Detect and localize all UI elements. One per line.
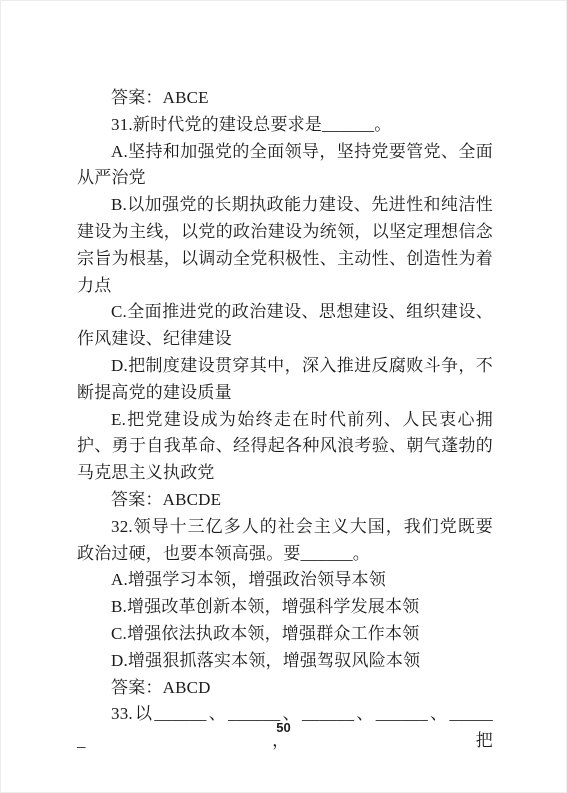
document-page: 答案：ABCE 31.新时代党的建设总要求是______。 A.坚持和加强党的全… bbox=[0, 0, 567, 793]
q32-option-b: B.增强改革创新本领，增强科学发展本领 bbox=[77, 594, 493, 621]
q32-stem: 32.领导十三亿多人的社会主义大国，我们党既要政治过硬，也要本领高强。要____… bbox=[77, 514, 493, 568]
q32-option-a: A.增强学习本领，增强政治领导本领 bbox=[77, 567, 493, 594]
q32-option-d: D.增强狠抓落实本领，增强驾驭风险本领 bbox=[77, 648, 493, 675]
q31-option-d: D.把制度建设贯穿其中，深入推进反腐败斗争，不断提高党的建设质量 bbox=[77, 353, 493, 407]
page-number: 50 bbox=[1, 720, 566, 735]
q30-answer-line: 答案：ABCE bbox=[77, 85, 493, 112]
q31-option-c: C.全面推进党的政治建设、思想建设、组织建设、作风建设、纪律建设 bbox=[77, 299, 493, 353]
document-body: 答案：ABCE 31.新时代党的建设总要求是______。 A.坚持和加强党的全… bbox=[77, 85, 493, 755]
q31-option-e: E.把党建设成为始终走在时代前列、人民衷心拥护、勇于自我革命、经得起各种风浪考验… bbox=[77, 407, 493, 487]
q32-answer-line: 答案：ABCD bbox=[77, 675, 493, 702]
q31-answer-line: 答案：ABCDE bbox=[77, 487, 493, 514]
q32-option-c: C.增强依法执政本领，增强群众工作本领 bbox=[77, 621, 493, 648]
q31-stem: 31.新时代党的建设总要求是______。 bbox=[77, 112, 493, 139]
q31-option-a: A.坚持和加强党的全面领导，坚持党要管党、全面从严治党 bbox=[77, 139, 493, 193]
q31-option-b: B.以加强党的长期执政能力建设、先进性和纯洁性建设为主线，以党的政治建设为统领，… bbox=[77, 192, 493, 299]
